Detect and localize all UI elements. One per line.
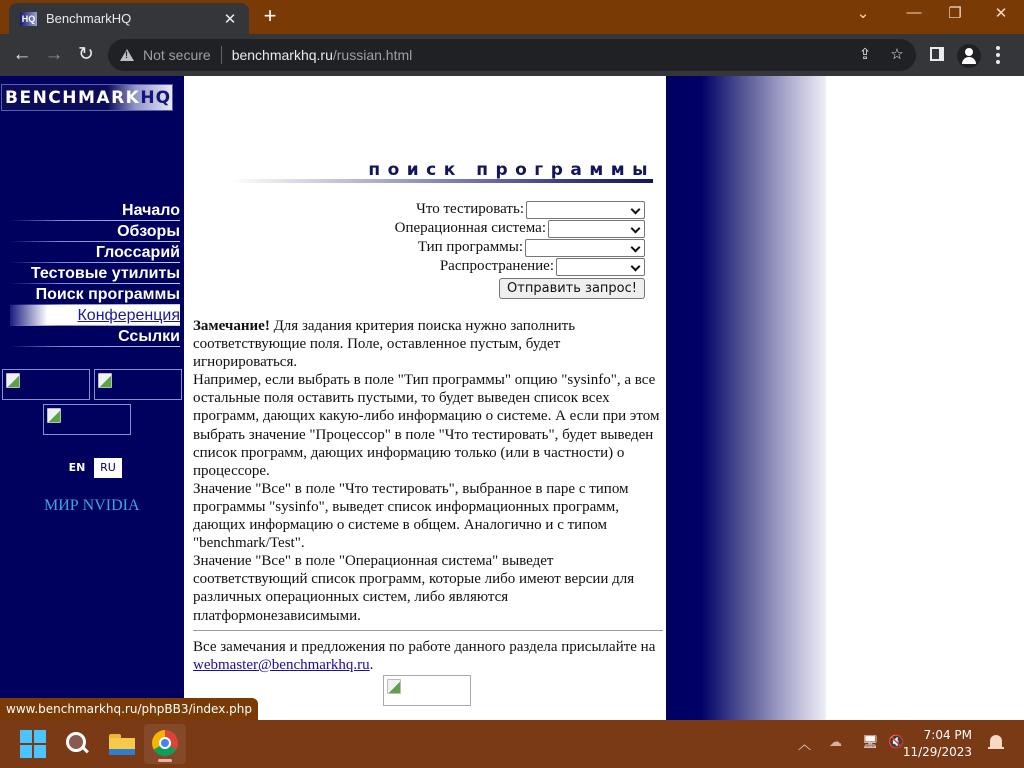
kebab-menu-icon[interactable] [996, 46, 1000, 64]
language-en[interactable]: EN [64, 458, 90, 478]
broken-image-icon [387, 679, 401, 694]
page-title-text: поиск программы [368, 160, 655, 180]
footer-text: Все замечания и предложения по работе да… [193, 639, 655, 655]
tab-title: BenchmarkHQ [46, 11, 221, 26]
windows-taskbar: ︿ ☁ 🖥 🔇 7:04 PM 11/29/2023 [0, 720, 1024, 768]
sidebar-item-home[interactable]: Начало [10, 200, 180, 221]
webmaster-email-link[interactable]: webmaster@benchmarkhq.ru [193, 657, 370, 673]
site-favicon-icon: HQ [20, 12, 37, 26]
partner-banner-1[interactable] [2, 369, 90, 400]
side-panel-icon[interactable] [930, 47, 944, 61]
broken-image-icon [98, 373, 112, 388]
test-target-label: Что тестировать: [416, 201, 524, 218]
title-underline [231, 179, 653, 183]
network-icon[interactable]: 🖥 [862, 734, 879, 750]
bookmark-star-icon[interactable]: ☆ [888, 46, 906, 64]
volume-muted-icon[interactable]: 🔇 [888, 734, 904, 750]
os-label: Операционная система: [395, 220, 546, 237]
sidebar-item-test-utilities[interactable]: Тестовые утилиты [10, 263, 180, 284]
distribution-select[interactable] [556, 258, 645, 276]
system-clock[interactable]: 7:04 PM 11/29/2023 [903, 727, 972, 761]
browser-toolbar: ← → ↻ Not secure benchmarkhq.ru/russian.… [0, 34, 1024, 76]
sidebar-item-glossary[interactable]: Глоссарий [10, 242, 180, 263]
nvidia-world-link[interactable]: МИР NVIDIA [44, 497, 140, 515]
sidebar-item-program-search[interactable]: Поиск программы [10, 284, 180, 305]
form-row-test-target: Что тестировать: [395, 200, 645, 219]
broken-image-icon [6, 373, 20, 388]
security-status[interactable]: Not secure [143, 47, 211, 63]
chrome-icon[interactable] [144, 724, 186, 764]
url-path: /russian.html [333, 47, 412, 63]
warning-icon [120, 49, 134, 61]
file-explorer-icon[interactable] [108, 730, 136, 758]
close-window-button[interactable]: ✕ [986, 4, 1016, 26]
site-logo[interactable]: BENCHMARKHQ [1, 84, 173, 111]
clock-date: 11/29/2023 [903, 744, 972, 761]
profile-avatar-icon[interactable] [957, 44, 981, 68]
form-row-os: Операционная система: [395, 219, 645, 238]
language-ru[interactable]: RU [94, 458, 122, 478]
divider [193, 630, 663, 631]
note-title: Замечание! [193, 318, 270, 334]
notification-bell-icon[interactable] [988, 734, 1004, 752]
os-select[interactable] [548, 220, 645, 238]
sidebar-item-reviews[interactable]: Обзоры [10, 221, 180, 242]
test-target-select[interactable] [526, 201, 645, 219]
all-value-paragraph: Значение "Все" в поле "Что тестировать",… [193, 480, 665, 552]
show-hidden-icons-chevron-icon[interactable]: ︿ [798, 734, 811, 753]
example-paragraph: Например, если выбрать в поле "Тип прогр… [193, 371, 665, 480]
url-host: benchmarkhq.ru [232, 47, 333, 63]
logo-accent: HQ [140, 88, 171, 108]
share-icon[interactable]: ⇪ [856, 46, 874, 64]
minimize-button[interactable]: — [899, 4, 929, 26]
broken-image-icon [47, 408, 61, 423]
restore-button[interactable]: ❐ [940, 4, 970, 26]
sidebar-nav: Начало Обзоры Глоссарий Тестовые утилиты… [10, 200, 180, 347]
tab-close-icon[interactable]: ✕ [221, 10, 239, 28]
address-bar[interactable]: Not secure benchmarkhq.ru/russian.html ⇪… [108, 39, 916, 71]
search-form: Что тестировать: Операционная система: Т… [395, 200, 645, 299]
browser-tab[interactable]: HQ BenchmarkHQ ✕ [9, 3, 249, 34]
search-icon[interactable] [64, 730, 92, 758]
back-arrow-icon[interactable]: ← [9, 43, 35, 67]
main-content: поиск программы Что тестировать: Операци… [193, 76, 665, 720]
new-tab-button[interactable]: + [258, 5, 282, 29]
page-viewport: BENCHMARKHQ Начало Обзоры Глоссарий Тест… [0, 76, 1024, 720]
partner-banner-3[interactable] [43, 404, 131, 435]
sidebar: BENCHMARKHQ Начало Обзоры Глоссарий Тест… [0, 76, 184, 720]
windows-start-icon[interactable] [20, 730, 48, 758]
sidebar-item-forum[interactable]: Конференция [10, 305, 180, 326]
tab-search-chevron-icon[interactable]: ⌄ [848, 4, 878, 26]
footer-end: . [370, 657, 374, 673]
program-type-label: Тип программы: [418, 239, 523, 256]
distribution-label: Распространение: [440, 258, 554, 275]
browser-titlebar: HQ BenchmarkHQ ✕ + ⌄ — ❐ ✕ [0, 0, 1024, 34]
forward-arrow-icon[interactable]: → [41, 43, 67, 67]
form-row-distribution: Распространение: [395, 257, 645, 276]
counter-image [383, 675, 471, 706]
page-title: поиск программы [231, 160, 659, 184]
program-type-select[interactable] [525, 239, 645, 257]
divider [221, 46, 222, 64]
status-bar-link-preview: www.benchmarkhq.ru/phpBB3/index.php [0, 698, 258, 721]
help-text: Замечание! Для задания критерия поиска н… [193, 317, 665, 625]
reload-icon[interactable]: ↻ [73, 43, 99, 67]
feedback-footer: Все замечания и предложения по работе да… [193, 638, 673, 674]
onedrive-offline-icon[interactable]: ☁ [829, 734, 842, 750]
form-row-program-type: Тип программы: [395, 238, 645, 257]
os-all-paragraph: Значение "Все" в поле "Операционная сист… [193, 552, 665, 624]
submit-query-button[interactable]: Отправить запрос! [499, 278, 645, 299]
decorative-gradient-panel [666, 76, 826, 720]
sidebar-item-links[interactable]: Ссылки [10, 326, 180, 347]
clock-time: 7:04 PM [903, 727, 972, 744]
logo-text: BENCHMARK [2, 88, 140, 108]
partner-banner-2[interactable] [94, 369, 182, 400]
